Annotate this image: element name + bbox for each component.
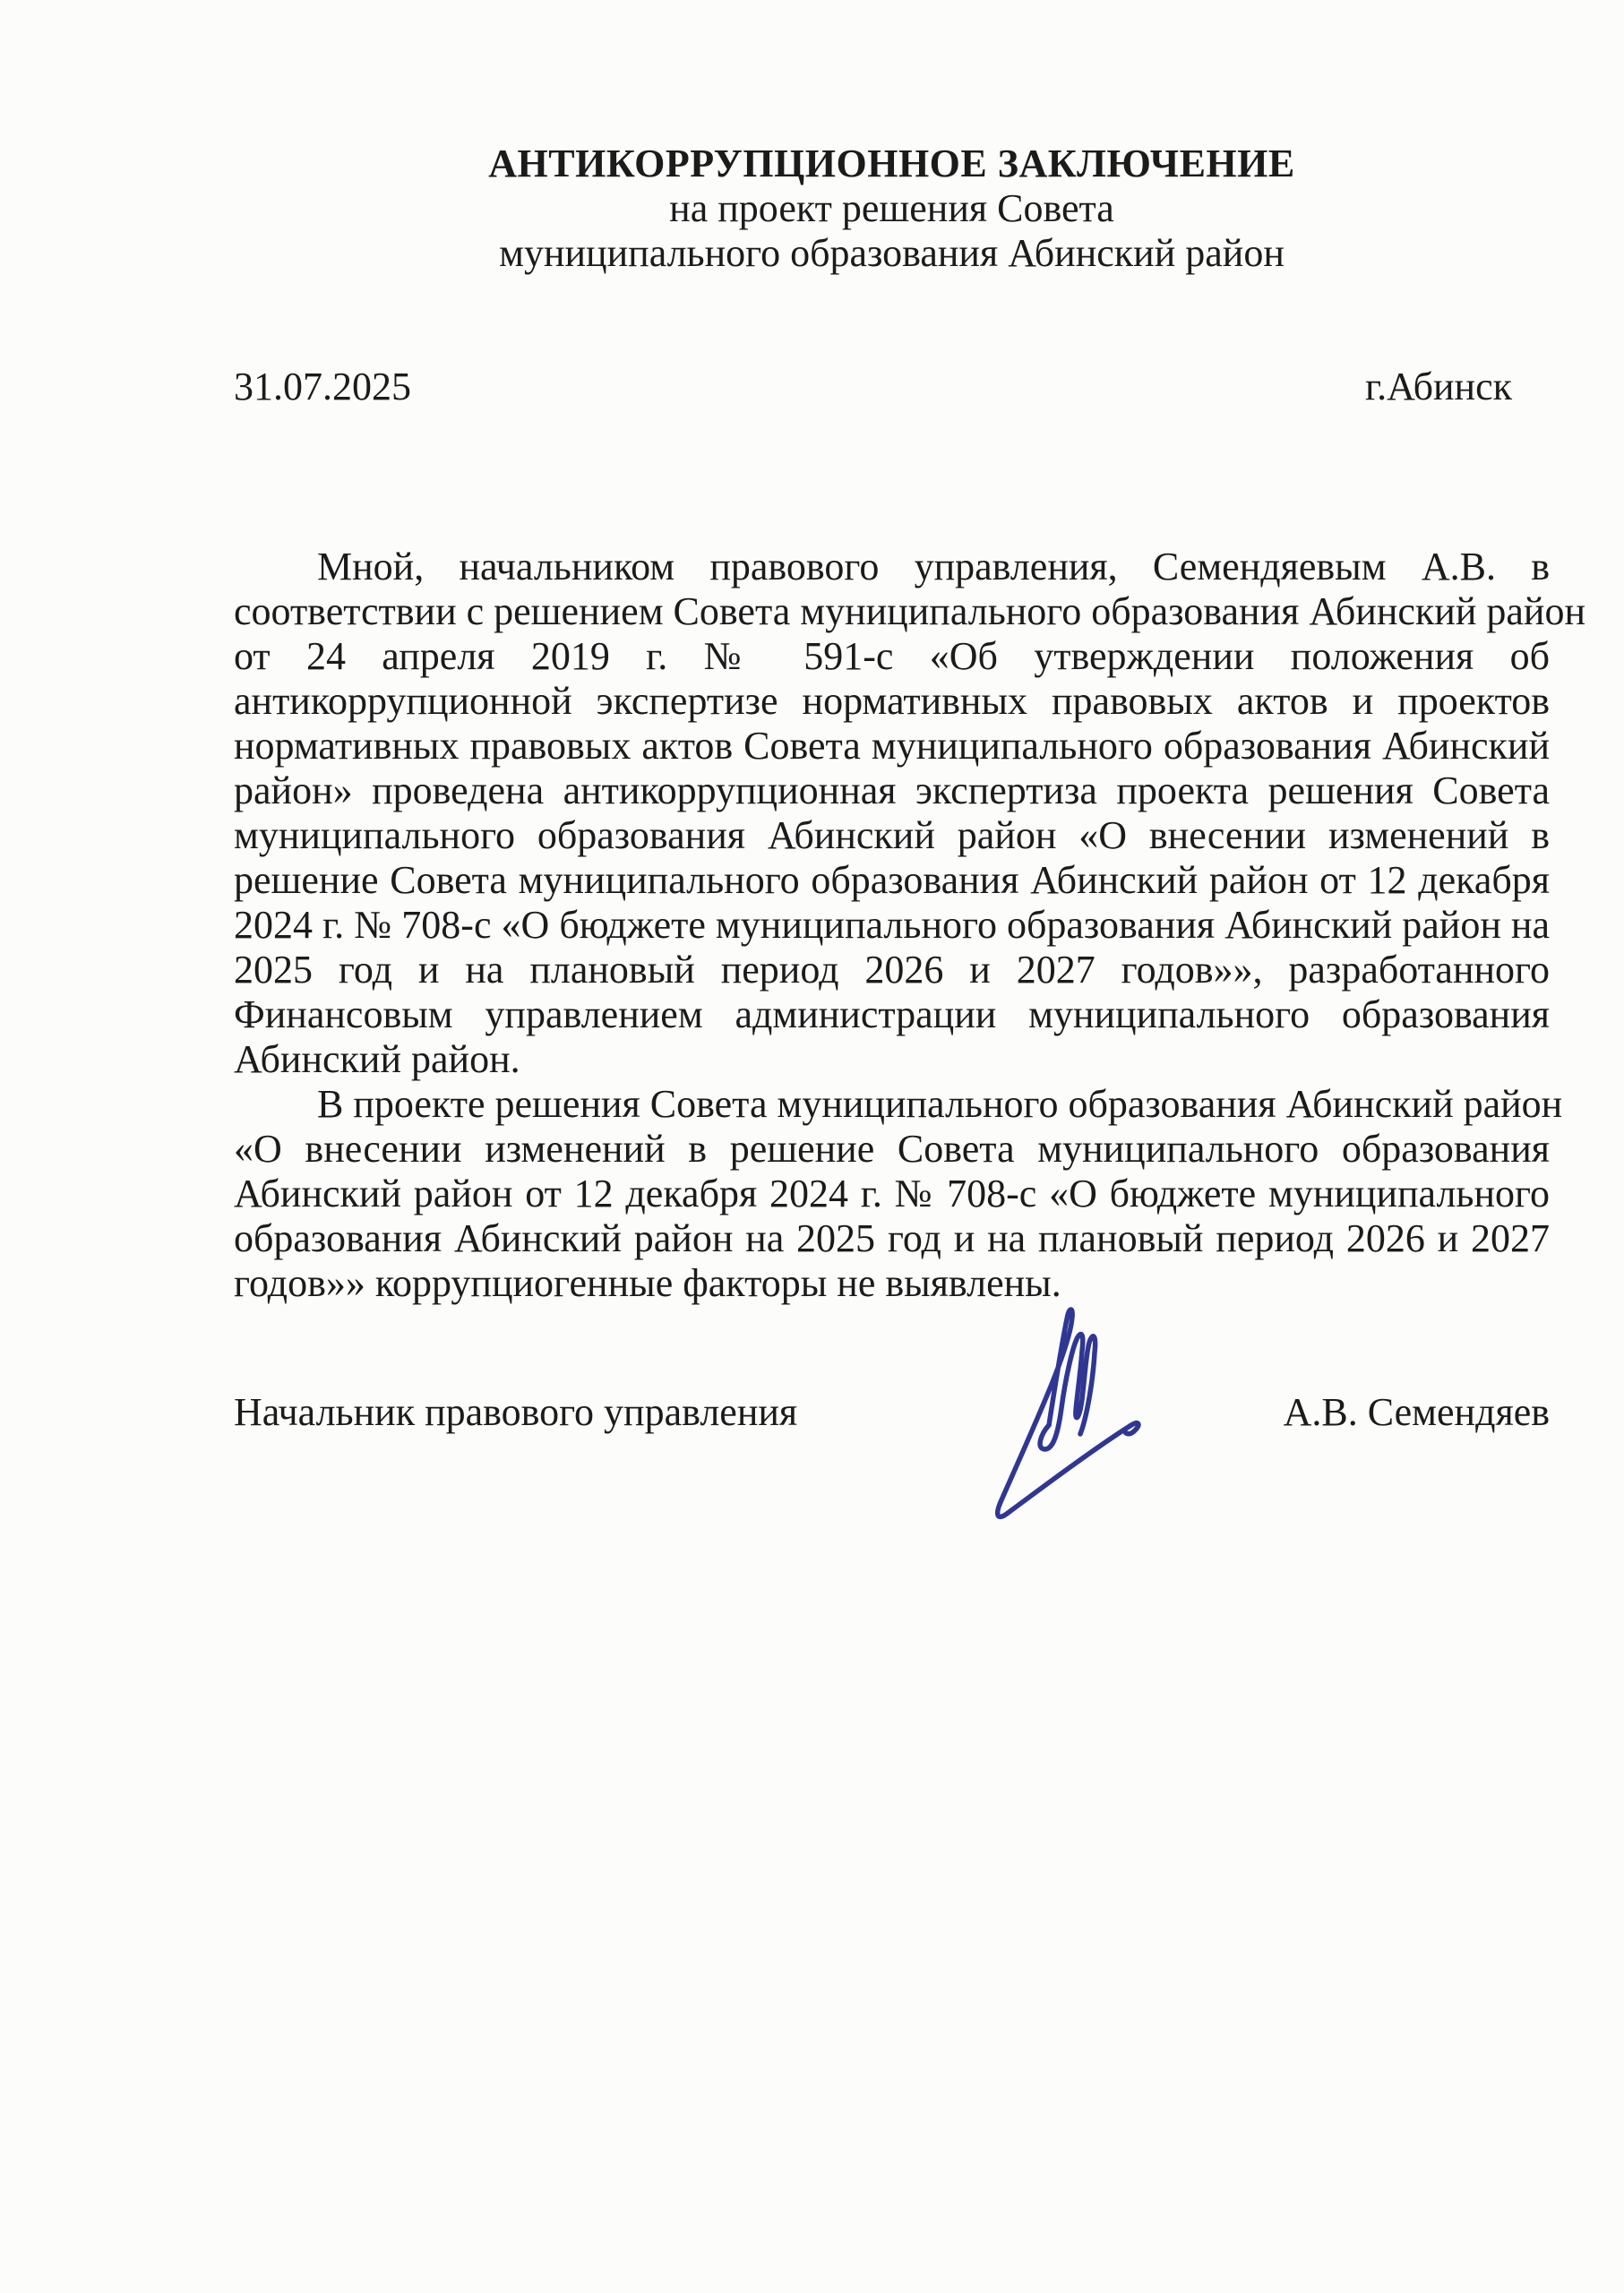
text-line: антикоррупционной экспертизе нормативных… — [234, 679, 1550, 724]
signature-row: Начальник правового управления А.В. Семе… — [234, 1390, 1550, 1435]
text-line: от 24 апреля 2019 г. № 591-с «Об утвержд… — [234, 634, 1550, 679]
signer-name: А.В. Семендяев — [1284, 1390, 1550, 1435]
text-line: годов»» коррупциогенные факторы не выявл… — [234, 1261, 1550, 1306]
document-subtitle-line-2: муниципального образования Абинский райо… — [234, 231, 1550, 276]
text-line: Абинский район. — [234, 1037, 1550, 1082]
text-line: В проекте решения Совета муниципального … — [234, 1082, 1550, 1127]
text-line: соответствии с решением Совета муниципал… — [234, 589, 1550, 634]
text-line: решение Совета муниципального образовани… — [234, 858, 1550, 903]
document-title: АНТИКОРРУПЦИОННОЕ ЗАКЛЮЧЕНИЕ — [234, 142, 1550, 186]
handwritten-signature-ink — [972, 1292, 1151, 1525]
document-page: АНТИКОРРУПЦИОННОЕ ЗАКЛЮЧЕНИЕ на проект р… — [0, 0, 1624, 2293]
text-line: 2025 год и на плановый период 2026 и 202… — [234, 948, 1550, 992]
document-date: 31.07.2025 — [234, 365, 411, 409]
text-line: Мной, начальником правового управления, … — [234, 545, 1550, 589]
text-line: район» проведена антикоррупционная экспе… — [234, 769, 1550, 813]
text-line: 2024 г. № 708-с «О бюджете муниципальног… — [234, 903, 1550, 948]
document-subtitle-line-1: на проект решения Совета — [234, 186, 1550, 231]
document-city: г.Абинск — [1365, 365, 1550, 409]
signer-position-label: Начальник правового управления — [234, 1390, 797, 1435]
text-line: Финансовым управлением администрации мун… — [234, 992, 1550, 1037]
document-title-block: АНТИКОРРУПЦИОННОЕ ЗАКЛЮЧЕНИЕ на проект р… — [234, 142, 1550, 276]
document-body: Мной, начальником правового управления, … — [234, 545, 1550, 1306]
text-line: муниципального образования Абинский райо… — [234, 813, 1550, 858]
text-line: «О внесении изменений в решение Совета м… — [234, 1127, 1550, 1172]
text-line: Абинский район от 12 декабря 2024 г. № 7… — [234, 1172, 1550, 1216]
text-line: образования Абинский район на 2025 год и… — [234, 1216, 1550, 1261]
date-city-row: 31.07.2025 г.Абинск — [234, 365, 1550, 409]
text-line: нормативных правовых актов Совета муници… — [234, 724, 1550, 769]
